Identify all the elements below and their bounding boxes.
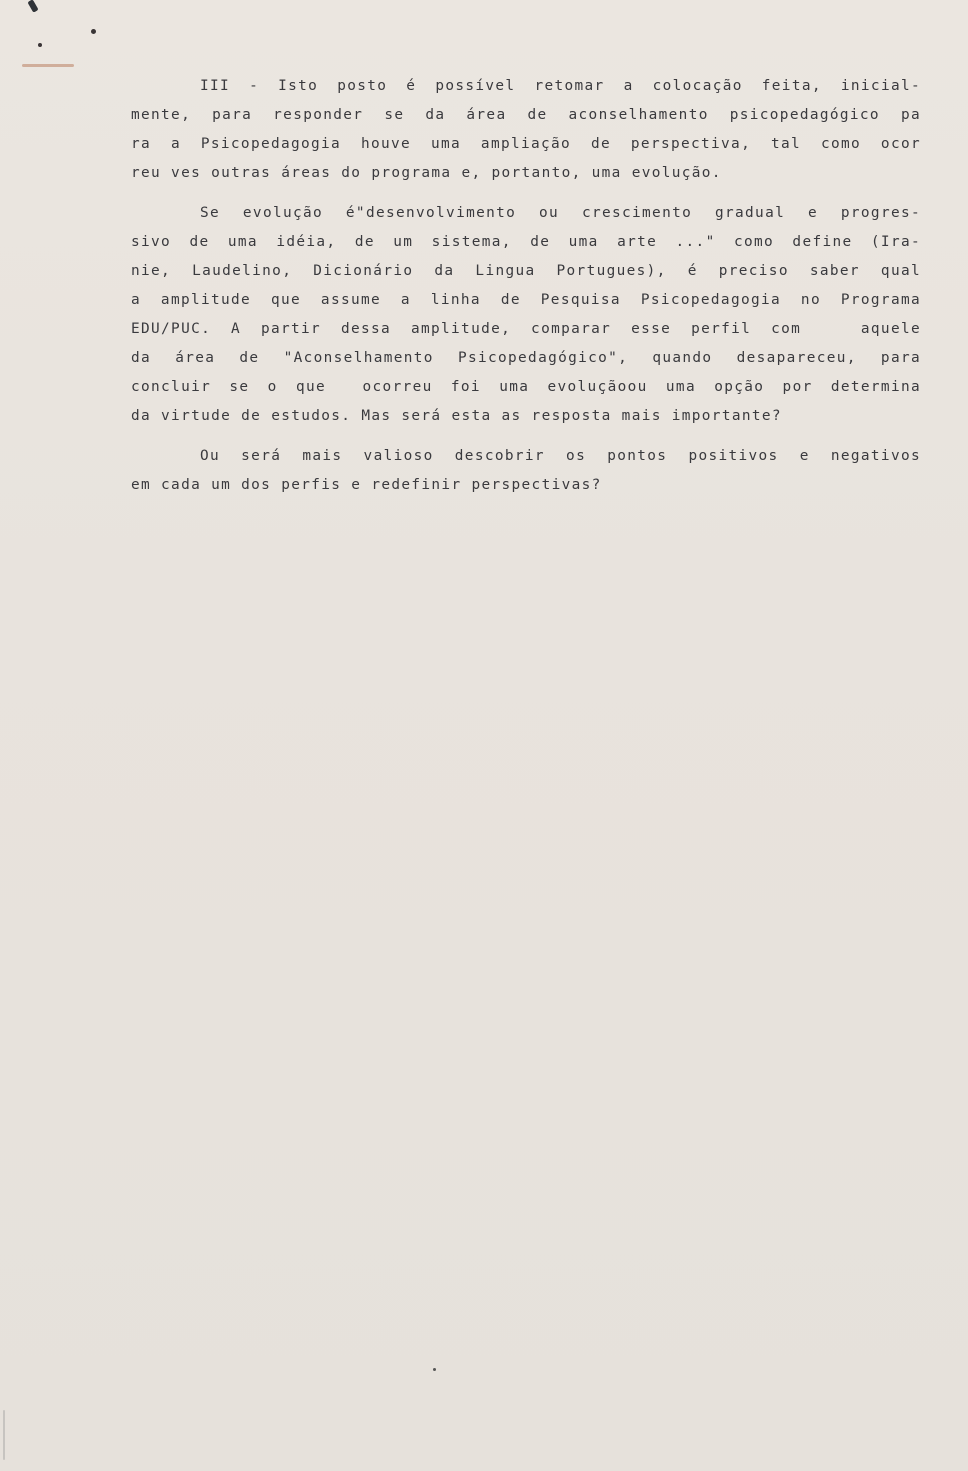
text-line: ra a Psicopedagogia houve uma ampliação … bbox=[131, 130, 921, 159]
punch-mark bbox=[91, 29, 96, 34]
text-line: mente, para responder se da área de acon… bbox=[131, 101, 921, 130]
text-line: da área de "Aconselhamento Psicopedagógi… bbox=[131, 344, 921, 373]
text-line: da virtude de estudos. Mas será esta as … bbox=[131, 402, 921, 431]
text-line: concluir se o que ocorreu foi uma evoluç… bbox=[131, 373, 921, 402]
paragraph-3: Ou será mais valioso descobrir os pontos… bbox=[131, 442, 921, 500]
text-line: reu ves outras áreas do programa e, port… bbox=[131, 159, 921, 188]
typewritten-text: III - Isto posto é possível retomar a co… bbox=[131, 72, 921, 511]
text-line: nie, Laudelino, Dicionário da Lingua Por… bbox=[131, 257, 921, 286]
text-line: em cada um dos perfis e redefinir perspe… bbox=[131, 471, 921, 500]
text-line: EDU/PUC. A partir dessa amplitude, compa… bbox=[131, 315, 921, 344]
text-line: sivo de uma idéia, de um sistema, de uma… bbox=[131, 228, 921, 257]
text-line: Se evolução é"desenvolvimento ou crescim… bbox=[131, 199, 921, 228]
rust-stain bbox=[22, 64, 74, 67]
text-line: a amplitude que assume a linha de Pesqui… bbox=[131, 286, 921, 315]
punch-mark bbox=[38, 43, 42, 47]
paragraph-2: Se evolução é"desenvolvimento ou crescim… bbox=[131, 199, 921, 431]
text-line: III - Isto posto é possível retomar a co… bbox=[131, 72, 921, 101]
text-line: Ou será mais valioso descobrir os pontos… bbox=[131, 442, 921, 471]
edge-mark bbox=[3, 1410, 5, 1460]
speck-mark bbox=[433, 1368, 436, 1371]
paragraph-1: III - Isto posto é possível retomar a co… bbox=[131, 72, 921, 188]
